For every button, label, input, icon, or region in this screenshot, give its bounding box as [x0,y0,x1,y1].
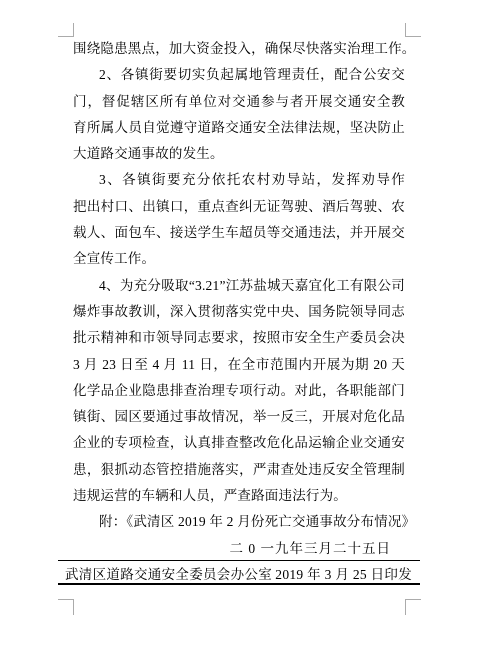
body-lines-host: 围绕隐患黑点，加大资金投入，确保尽快落实治理工作。2、各镇街要切实负起属地管理责… [73,36,405,536]
text-boundary-mark-bottom-left [58,599,74,615]
body-line: 企业的专项检查，认真排查整改危化品运输企业交通安全隐 [73,430,405,456]
body-line: 批示精神和市领导同志要求，按照市安全生产委员会决定自 [73,325,405,351]
body-line: 3 月 23 日至 4 月 11 日，在全市范围内开展为期 20 天的危险 [73,352,405,378]
body-line: 4、为充分吸取“3.21”江苏盐城天嘉宜化工有限公司 [73,273,405,299]
body-line: 围绕隐患黑点，加大资金投入，确保尽快落实治理工作。 [73,36,405,62]
body-line: 违规运营的车辆和人员，严查路面违法行为。 [73,483,405,509]
footer-bottom-rule [58,583,420,585]
body-line: 把出村口、出镇口，重点查纠无证驾驶、酒后驾驶、农用车 [73,194,405,220]
body-line: 育所属人员自觉遵守道路交通安全法律法规，坚决防止重特 [73,115,405,141]
body-line: 爆炸事故教训，深入贯彻落实党中央、国务院领导同志指示 [73,299,405,325]
document-page: 围绕隐患黑点，加大资金投入，确保尽快落实治理工作。2、各镇街要切实负起属地管理责… [0,0,478,653]
text-boundary-mark-bottom-right [405,599,421,615]
body-line: 附：《武清区 2019 年 2 月份死亡交通事故分布情况》 [73,509,405,535]
footer-issuing-office: 武清区道路交通安全委员会办公室 [65,563,272,583]
document-body: 围绕隐患黑点，加大资金投入，确保尽快落实治理工作。2、各镇街要切实负起属地管理责… [73,36,405,562]
text-boundary-mark-top-right [405,23,421,37]
body-line: 2、各镇街要切实负起属地管理责任，配合公安交管部 [73,62,405,88]
footer-imprint-row: 武清区道路交通安全委员会办公室 2019 年 3 月 25 日印发 [58,562,420,583]
text-boundary-mark-top-left [58,23,74,37]
body-line: 化学品企业隐患排查治理专项行动。对此，各职能部门和各 [73,378,405,404]
body-line: 门，督促辖区所有单位对交通参与者开展交通安全教育，教 [73,89,405,115]
body-line: 大道路交通事故的发生。 [73,141,405,167]
footer-top-rule [58,560,420,561]
footer-print-date: 2019 年 3 月 25 日印发 [275,563,412,583]
body-line: 患，狠抓动态管控措施落实，严肃查处违反安全管理制度、 [73,457,405,483]
body-line: 3、各镇街要充分依托农村劝导站，发挥劝导作用，严 [73,167,405,193]
body-line: 全宣传工作。 [73,246,405,272]
document-date-line: 二 0 一九年三月二十五日 [73,536,405,562]
body-line: 镇街、园区要通过事故情况，举一反三，开展对危化品运输 [73,404,405,430]
body-line: 载人、面包车、接送学生车超员等交通违法，并开展交通安 [73,220,405,246]
